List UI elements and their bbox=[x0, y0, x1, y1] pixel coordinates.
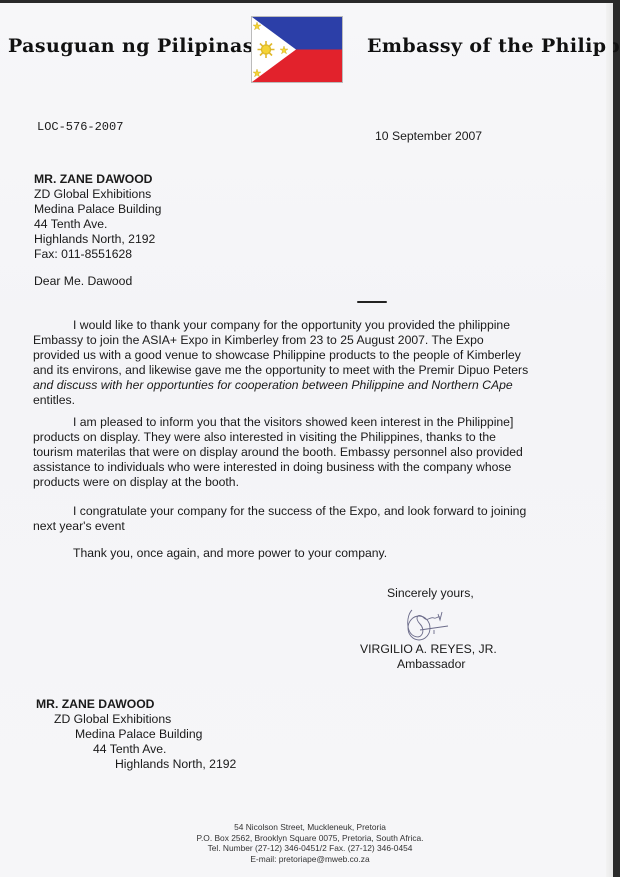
signature-icon bbox=[404, 604, 454, 642]
envelope-company: ZD Global Exhibitions bbox=[54, 712, 171, 727]
paragraph-line: next year's event bbox=[33, 519, 573, 534]
paragraph-line: I congratulate your company for the succ… bbox=[33, 504, 573, 519]
philippine-flag-icon bbox=[251, 16, 343, 83]
paragraph-line: Thank you, once again, and more power to… bbox=[33, 546, 573, 561]
envelope-city: Highlands North, 2192 bbox=[115, 757, 236, 772]
footer-address: 54 Nicolson Street, Muckleneuk, Pretoria bbox=[150, 822, 470, 833]
letterhead-left-title: Pasuguan ng Pilipinas bbox=[8, 35, 254, 57]
paragraph-line: products on display. They were also inte… bbox=[33, 430, 573, 445]
paragraph-line: Embassy to join the ASIA+ Expo in Kimber… bbox=[33, 333, 573, 348]
letter-page: Pasuguan ng Pilipinas Embassy of the P bbox=[0, 3, 613, 877]
paragraph-line: tourism materilas that were on display a… bbox=[33, 445, 573, 460]
envelope-street: 44 Tenth Ave. bbox=[93, 742, 166, 757]
body-paragraph-4: Thank you, once again, and more power to… bbox=[33, 546, 573, 561]
paragraph-line: provided us with a good venue to showcas… bbox=[33, 348, 573, 363]
envelope-building: Medina Palace Building bbox=[75, 727, 202, 742]
page-edge bbox=[606, 3, 613, 877]
signer-name: VIRGILIO A. REYES, JR. bbox=[360, 642, 497, 657]
letterhead-right-title: Embassy of the Philippines bbox=[367, 35, 620, 57]
envelope-name: MR. ZANE DAWOOD bbox=[36, 697, 154, 712]
recipient-company: ZD Global Exhibitions bbox=[34, 187, 151, 202]
footer-email: E-mail: pretoriape@mweb.co.za bbox=[150, 854, 470, 865]
salutation: Dear Me. Dawood bbox=[34, 274, 132, 289]
recipient-city: Highlands North, 2192 bbox=[34, 232, 155, 247]
footer-phone-fax: Tel. Number (27-12) 346-0451/2 Fax. (27-… bbox=[150, 843, 470, 854]
signer-title: Ambassador bbox=[397, 657, 465, 672]
recipient-building: Medina Palace Building bbox=[34, 202, 161, 217]
footer-po-box: P.O. Box 2562, Brooklyn Square 0075, Pre… bbox=[150, 833, 470, 844]
body-paragraph-1: I would like to thank your company for t… bbox=[33, 318, 573, 408]
paragraph-line: entitles. bbox=[33, 393, 573, 408]
paragraph-line: and discuss with her opportunties for co… bbox=[33, 378, 573, 393]
reference-number: LOC-576-2007 bbox=[37, 120, 123, 134]
dash-mark bbox=[357, 301, 387, 303]
complimentary-close: Sincerely yours, bbox=[387, 586, 474, 601]
paragraph-line: products were on display at the booth. bbox=[33, 475, 573, 490]
paragraph-line: I am pleased to inform you that the visi… bbox=[33, 415, 573, 430]
recipient-street: 44 Tenth Ave. bbox=[34, 217, 107, 232]
recipient-name: MR. ZANE DAWOOD bbox=[34, 172, 152, 187]
body-paragraph-2: I am pleased to inform you that the visi… bbox=[33, 415, 573, 490]
paragraph-line: and its environs, and likewise gave me t… bbox=[33, 363, 573, 378]
paragraph-line: I would like to thank your company for t… bbox=[33, 318, 573, 333]
paragraph-line: assistance to individuals who were inter… bbox=[33, 460, 573, 475]
letterhead-footer: 54 Nicolson Street, Muckleneuk, Pretoria… bbox=[150, 822, 470, 864]
body-paragraph-3: I congratulate your company for the succ… bbox=[33, 504, 573, 534]
recipient-fax: Fax: 011-8551628 bbox=[34, 247, 132, 262]
letter-date: 10 September 2007 bbox=[375, 129, 482, 144]
